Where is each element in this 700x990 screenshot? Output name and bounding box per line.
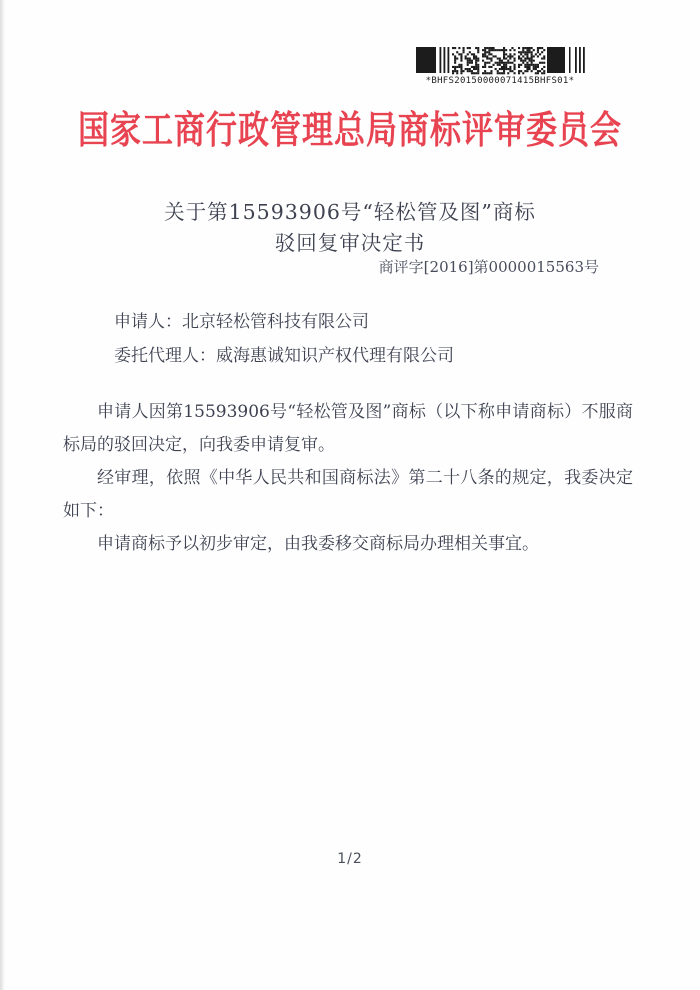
document-title-line-2: 驳回复审决定书	[0, 228, 700, 259]
agent-line: 委托代理人：威海惠诚知识产权代理有限公司	[114, 340, 454, 374]
issuer-title-text: 国家工商行政管理总局商标评审委员会	[78, 99, 622, 154]
body-paragraph-3: 申请商标予以初步审定，由我委移交商标局办理相关事宜。	[63, 528, 633, 561]
document-page: *BHFS20150000071415BHFS01* 国家工商行政管理总局商标评…	[0, 0, 700, 990]
parties-block: 申请人：北京轻松管科技有限公司 委托代理人：威海惠诚知识产权代理有限公司	[114, 306, 454, 373]
barcode-text: *BHFS20150000071415BHFS01*	[415, 76, 585, 86]
barcode: *BHFS20150000071415BHFS01*	[415, 47, 585, 86]
barcode-image	[415, 47, 585, 75]
page-number: 1/2	[0, 851, 700, 867]
body-paragraph-1: 申请人因第15593906号“轻松管及图”商标（以下称申请商标）不服商标局的驳回…	[63, 396, 633, 462]
applicant-line: 申请人：北京轻松管科技有限公司	[114, 306, 454, 340]
reference-number: 商评字[2016]第0000015563号	[379, 256, 599, 277]
scan-edge-shadow	[0, 0, 5, 990]
decision-body: 申请人因第15593906号“轻松管及图”商标（以下称申请商标）不服商标局的驳回…	[63, 396, 633, 561]
issuer-title: 国家工商行政管理总局商标评审委员会	[0, 101, 700, 146]
body-paragraph-2: 经审理，依照《中华人民共和国商标法》第二十八条的规定，我委决定如下：	[63, 462, 633, 528]
document-title-line-1: 关于第15593906号“轻松管及图”商标	[0, 197, 700, 228]
document-title: 关于第15593906号“轻松管及图”商标 驳回复审决定书	[0, 197, 700, 259]
